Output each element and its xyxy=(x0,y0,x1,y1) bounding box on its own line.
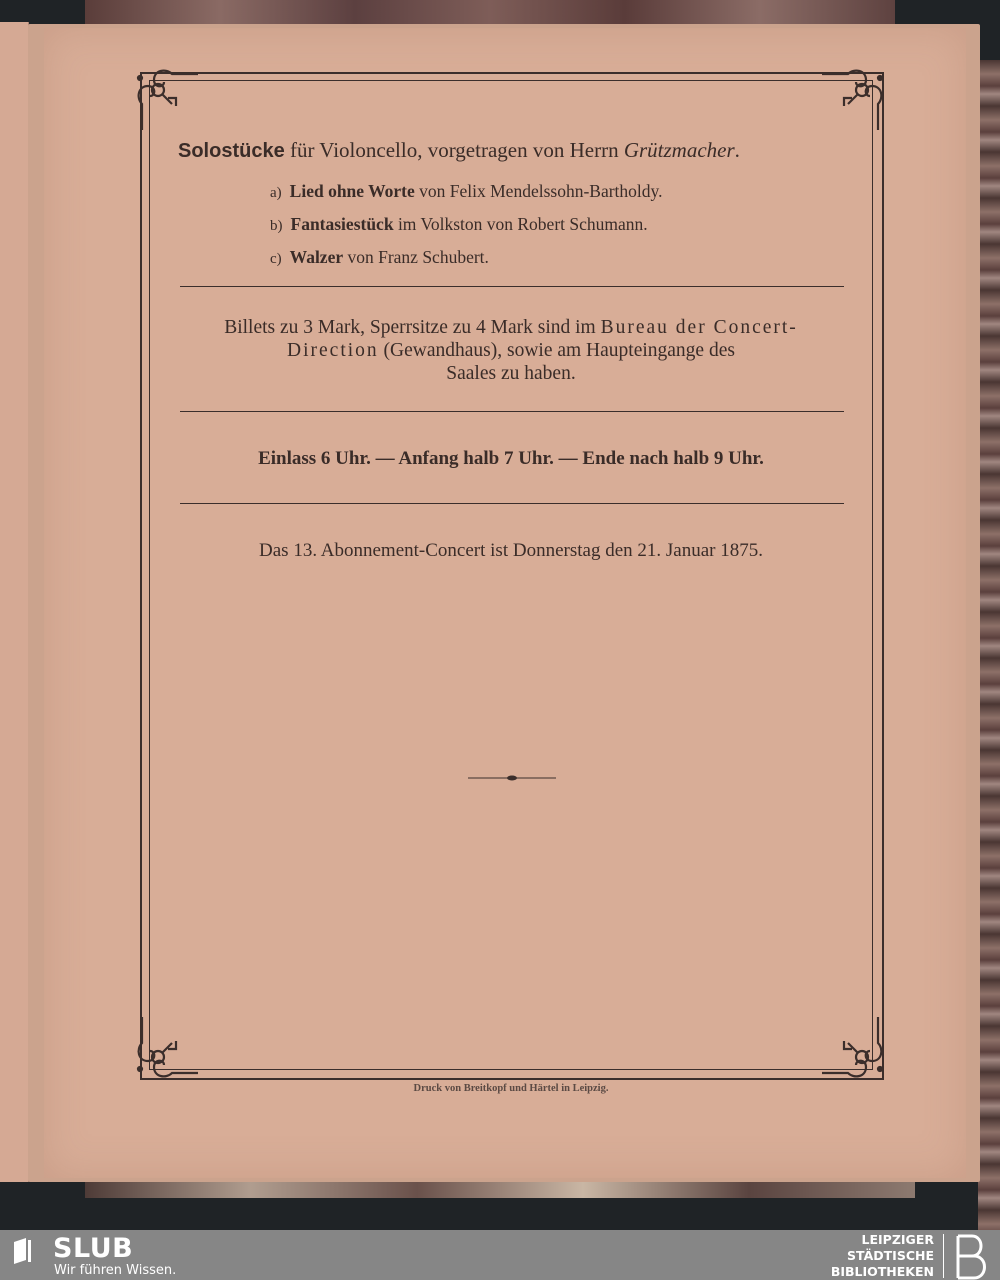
pieces-list: a)Lied ohne Worte von Felix Mendelssohn-… xyxy=(270,176,663,275)
corner-ornament-icon xyxy=(132,1013,202,1083)
solo-pieces-heading: Solostücke für Violoncello, vorgetragen … xyxy=(178,138,740,163)
concert-times: Einlass 6 Uhr. — Anfang halb 7 Uhr. — En… xyxy=(150,448,872,470)
ticket-text-spaced: Bureau der Concert- xyxy=(601,317,798,338)
ticket-line-1: Billets zu 3 Mark, Sperrsitze zu 4 Mark … xyxy=(150,316,872,339)
piece-composer: von Felix Mendelssohn-Bartholdy. xyxy=(415,181,663,201)
piece-title: Walzer xyxy=(290,247,343,267)
left-page-edge xyxy=(0,22,29,1182)
lsb-logo-text[interactable]: LEIPZIGER STÄDTISCHE BIBLIOTHEKEN xyxy=(831,1232,934,1280)
corner-ornament-icon xyxy=(132,64,202,134)
ticket-text: Billets zu 3 Mark, Sperrsitze zu 4 Mark … xyxy=(224,317,600,338)
ticket-info: Billets zu 3 Mark, Sperrsitze zu 4 Mark … xyxy=(150,316,872,385)
book-cover-marbled-edge xyxy=(978,60,1000,1240)
slub-logo-text[interactable]: SLUB xyxy=(53,1234,133,1264)
lsb-b-logo-icon xyxy=(952,1234,990,1280)
divider-rule xyxy=(180,411,844,412)
piece-composer: von Franz Schubert. xyxy=(343,247,489,267)
piece-composer: im Volkston von Robert Schumann. xyxy=(394,214,648,234)
slub-claim: Wir führen Wissen. xyxy=(54,1263,176,1278)
corner-ornament-icon xyxy=(818,1013,888,1083)
slub-book-icon xyxy=(12,1238,34,1264)
printer-imprint: Druck von Breitkopf und Härtel in Leipzi… xyxy=(150,1083,872,1094)
lsb-divider xyxy=(943,1234,944,1278)
piece-mark: c) xyxy=(270,251,282,267)
lsb-line: STÄDTISCHE xyxy=(831,1248,934,1264)
divider-rule xyxy=(180,286,844,287)
piece-mark: b) xyxy=(270,218,283,234)
performer-name: Grützmacher xyxy=(624,138,735,162)
solo-heading-lead: Solostücke xyxy=(178,140,285,162)
ornament-divider-icon xyxy=(468,768,556,772)
piece-item: b)Fantasiestück im Volkston von Robert S… xyxy=(270,209,663,242)
book-cover-top-edge xyxy=(85,0,895,26)
piece-title: Lied ohne Worte xyxy=(290,181,415,201)
piece-item: c)Walzer von Franz Schubert. xyxy=(270,242,663,275)
corner-ornament-icon xyxy=(818,64,888,134)
piece-mark: a) xyxy=(270,185,282,201)
divider-rule xyxy=(180,503,844,504)
next-concert-notice: Das 13. Abonnement-Concert ist Donnersta… xyxy=(150,540,872,562)
lsb-line: BIBLIOTHEKEN xyxy=(831,1264,934,1280)
solo-heading-text: für Violoncello, vorgetragen von Herrn xyxy=(285,138,624,162)
piece-item: a)Lied ohne Worte von Felix Mendelssohn-… xyxy=(270,176,663,209)
ticket-line-2: Direction (Gewandhaus), sowie am Hauptei… xyxy=(150,339,872,362)
footer-bar: SLUB Wir führen Wissen. LEIPZIGER STÄDTI… xyxy=(0,1230,1000,1280)
lsb-line: LEIPZIGER xyxy=(831,1232,934,1248)
solo-heading-end: . xyxy=(735,138,740,162)
ticket-text-spaced: Direction xyxy=(287,340,379,361)
ticket-line-3: Saales zu haben. xyxy=(150,362,872,385)
piece-title: Fantasiestück xyxy=(291,214,394,234)
ticket-text: (Gewandhaus), sowie am Haupteingange des xyxy=(379,340,735,361)
